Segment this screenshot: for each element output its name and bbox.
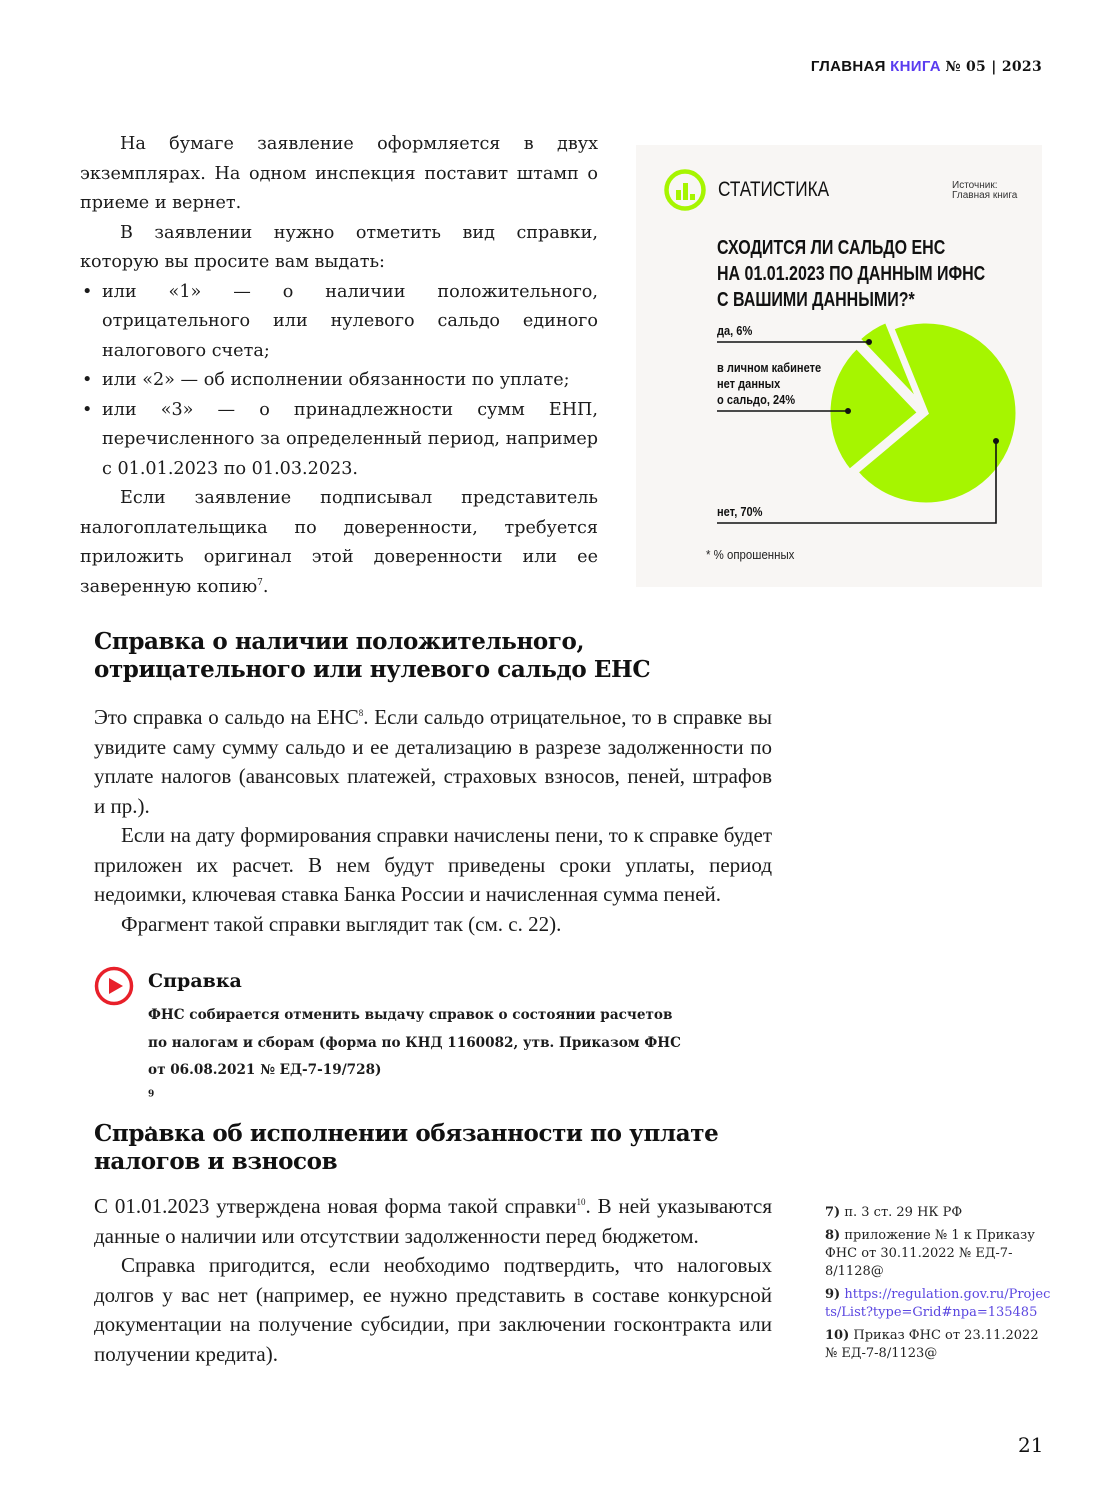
- bullet-list: или «1» — о наличии положительного, отри…: [80, 278, 598, 485]
- paragraph: Это справка о сальдо на ЕНС8. Если сальд…: [94, 703, 772, 821]
- section-heading: Справка об исполнении обязанности по упл…: [94, 1120, 794, 1176]
- intro-text: На бумаге заявление оформляется в двух э…: [80, 130, 598, 602]
- list-item: или «1» — о наличии положительного, отри…: [80, 278, 598, 367]
- brand-name-accent: КНИГА: [890, 58, 941, 75]
- pie-chart: [636, 145, 1042, 587]
- slice-label-no-data: в личном кабинете нет данных о сальдо, 2…: [717, 360, 821, 408]
- paragraph: С 01.01.2023 утверждена новая форма тако…: [94, 1192, 772, 1251]
- paragraph: Фрагмент такой справки выглядит так (см.…: [94, 910, 772, 940]
- regulation-link[interactable]: https://regulation.gov.ru/Projects/List?…: [825, 1287, 1050, 1320]
- issue-number: № 05 | 2023: [945, 59, 1042, 75]
- footnote-8: 8) приложение № 1 к Приказу ФНС от 30.11…: [825, 1227, 1055, 1281]
- list-item: или «3» — о принадлежности сумм ЕНП, пер…: [80, 396, 598, 485]
- running-header: ГЛАВНАЯ КНИГА № 05 | 2023: [811, 58, 1042, 75]
- paragraph: Если заявление подписывал представитель …: [80, 484, 598, 602]
- callout-title: Справка: [148, 970, 242, 992]
- statistics-box: СТАТИСТИКА Источник: Главная книга СХОДИ…: [636, 145, 1042, 587]
- slice-label-yes: да, 6%: [717, 323, 752, 339]
- footnote-7: 7) п. 3 ст. 29 НК РФ: [825, 1204, 1055, 1222]
- section-body: Это справка о сальдо на ЕНС8. Если сальд…: [94, 703, 772, 939]
- page-number: 21: [1018, 1433, 1043, 1457]
- play-circle-icon: [94, 966, 134, 1006]
- paragraph: Если на дату формирования справки начисл…: [94, 821, 772, 910]
- section-body: С 01.01.2023 утверждена новая форма тако…: [94, 1192, 772, 1369]
- section-heading: Справка о наличии положительного, отрица…: [94, 628, 794, 684]
- footnote-10: 10) Приказ ФНС от 23.11.2022 № ЕД-7-8/11…: [825, 1327, 1055, 1363]
- footnotes: 7) п. 3 ст. 29 НК РФ 8) приложение № 1 к…: [825, 1204, 1055, 1368]
- callout-text: ФНС собирается отменить выдачу справок о…: [148, 1002, 768, 1140]
- paragraph: Справка пригодится, если необходимо подт…: [94, 1251, 772, 1369]
- list-item: или «2» — об исполнении обязанности по у…: [80, 366, 598, 396]
- brand-name: ГЛАВНАЯ: [811, 58, 886, 75]
- footnote-ref[interactable]: 9: [148, 1089, 154, 1099]
- footnote-9: 9) https://regulation.gov.ru/Projects/Li…: [825, 1286, 1055, 1322]
- chart-footnote: * % опрошенных: [706, 547, 794, 562]
- slice-label-no: нет, 70%: [717, 504, 763, 520]
- paragraph: В заявлении нужно отметить вид справки, …: [80, 219, 598, 278]
- paragraph: На бумаге заявление оформляется в двух э…: [80, 130, 598, 219]
